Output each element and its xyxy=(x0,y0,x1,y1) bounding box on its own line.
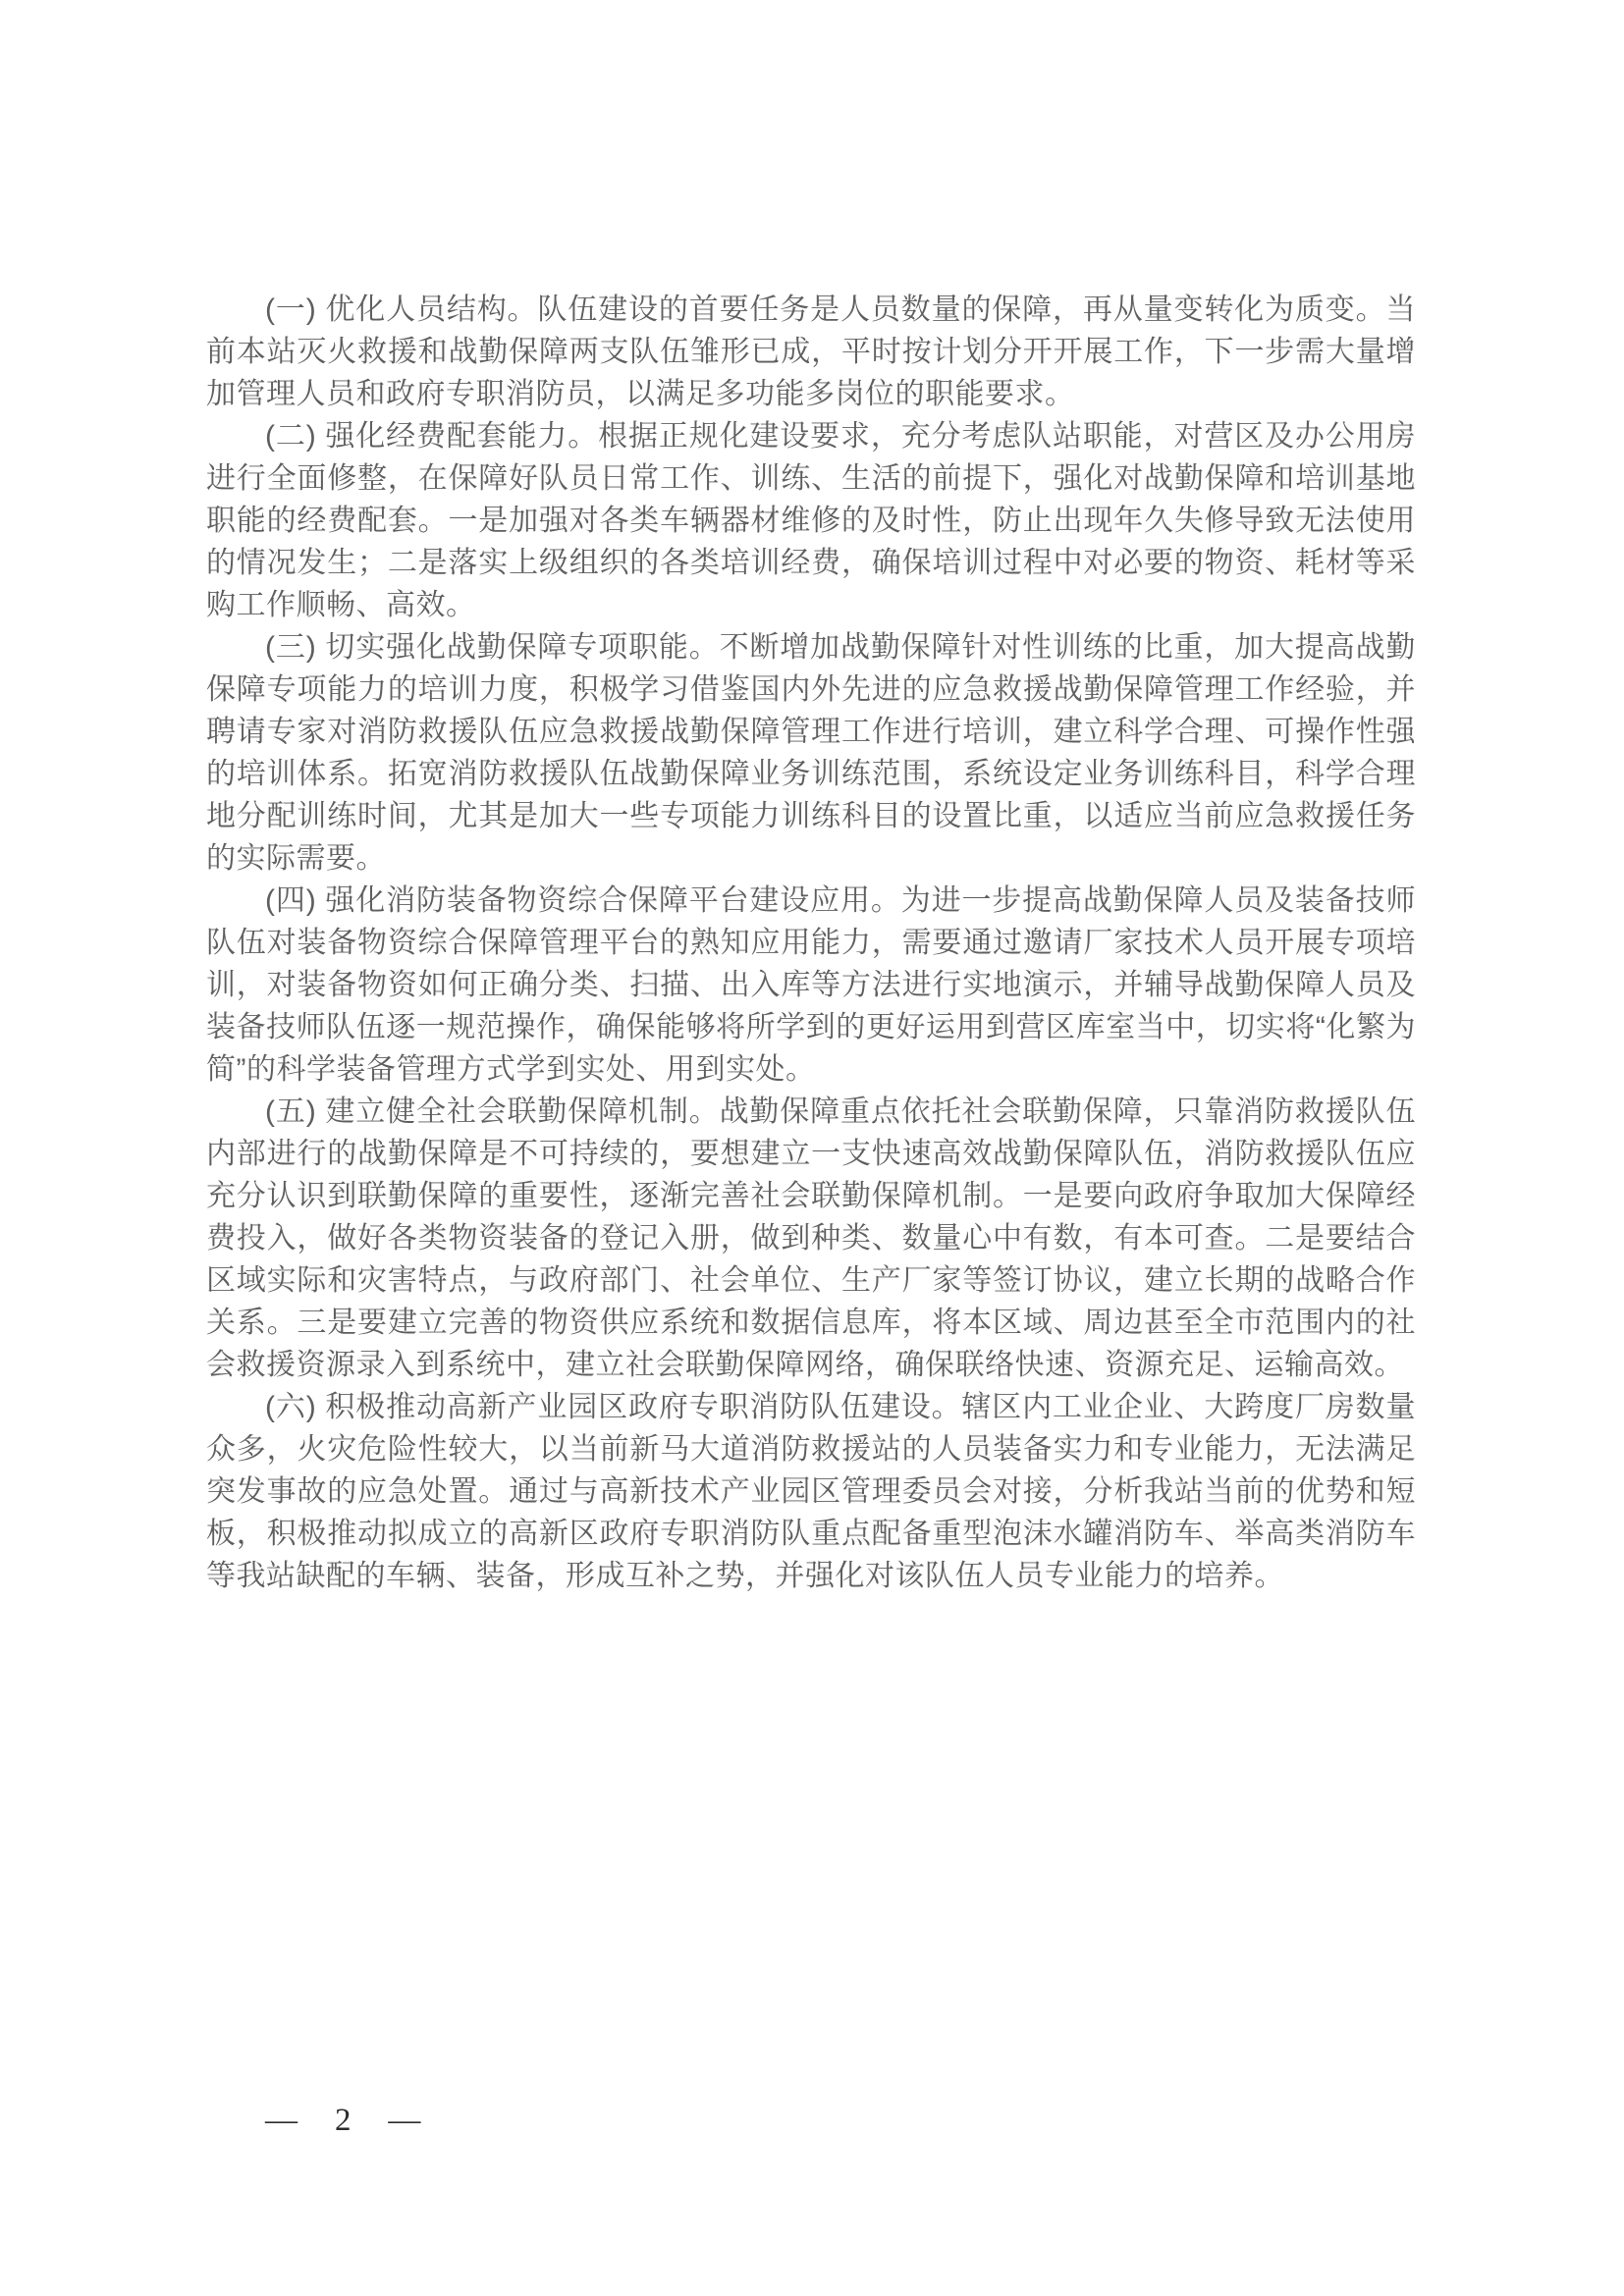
paragraph-6: (六) 积极推动高新产业园区政府专职消防队伍建设。辖区内工业企业、大跨度厂房数量… xyxy=(206,1386,1416,1597)
document-body: (一) 优化人员结构。队伍建设的首要任务是人员数量的保障，再从量变转化为质变。当… xyxy=(206,289,1416,1597)
paragraph-1: (一) 优化人员结构。队伍建设的首要任务是人员数量的保障，再从量变转化为质变。当… xyxy=(206,289,1416,415)
page-number: — 2 — xyxy=(265,2103,435,2139)
paragraph-5: (五) 建立健全社会联勤保障机制。战勤保障重点依托社会联勤保障，只靠消防救援队伍… xyxy=(206,1091,1416,1386)
paragraph-4: (四) 强化消防装备物资综合保障平台建设应用。为进一步提高战勤保障人员及装备技师… xyxy=(206,880,1416,1091)
paragraph-2: (二) 强化经费配套能力。根据正规化建设要求，充分考虑队站职能，对营区及办公用房… xyxy=(206,415,1416,626)
document-page: (一) 优化人员结构。队伍建设的首要任务是人员数量的保障，再从量变转化为质变。当… xyxy=(0,0,1624,2296)
paragraph-3: (三) 切实强化战勤保障专项职能。不断增加战勤保障针对性训练的比重，加大提高战勤… xyxy=(206,626,1416,880)
